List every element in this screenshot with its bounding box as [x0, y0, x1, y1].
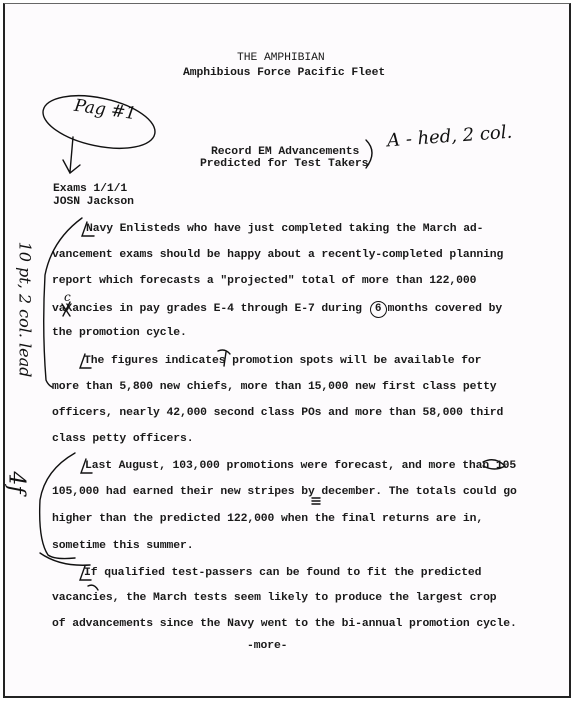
circled-number-6: 6	[370, 301, 387, 318]
body-p3-line-3: higher than the predicted 122,000 when t…	[52, 513, 483, 525]
body-p1-line-3: report which forecasts a "projected" tot…	[52, 275, 476, 287]
masthead-title: THE AMPHIBIAN	[237, 52, 325, 64]
headline-line-2: Predicted for Test Takers	[200, 158, 368, 170]
slug-line-2: JOSN Jackson	[53, 196, 134, 208]
body-p2-line-2: more than 5,800 new chiefs, more than 15…	[52, 381, 497, 393]
headline-line-1: Record EM Advancements	[211, 146, 359, 158]
body-p4-line-1: If qualified test-passers can be found t…	[84, 567, 481, 579]
body-p1-line-4-a: vaXancies in pay grades E-4 through E-7 …	[52, 303, 369, 315]
body-p1-line-4: vaXancies in pay grades E-4 through E-7 …	[52, 301, 502, 318]
body-p1-line-5: the promotion cycle.	[52, 327, 187, 339]
body-p3-line-2: 105,000 had earned their new stripes by …	[52, 486, 517, 498]
body-p1-line-2: vancement exams should be happy about a …	[52, 249, 503, 261]
body-p3-line-1: Last August, 103,000 promotions were for…	[85, 460, 516, 472]
masthead-subtitle: Amphibious Force Pacific Fleet	[183, 67, 385, 79]
body-p2-line-3: officers, nearly 42,000 second class POs…	[52, 407, 503, 419]
handwritten-margin-note-4f: 4f	[4, 471, 29, 493]
body-p3-line-4: sometime this summer.	[52, 540, 193, 552]
body-p1-line-4-b: months covered by	[388, 303, 503, 315]
handwritten-margin-note-typeset: 10 pt, 2 col. lead	[16, 235, 35, 385]
body-p1-line-1: Navy Enlisteds who have just completed t…	[86, 223, 483, 235]
body-p2-line-4: class petty officers.	[52, 433, 193, 445]
slug-line-1: Exams 1/1/1	[53, 183, 127, 195]
more-marker: -more-	[247, 640, 287, 652]
body-p4-line-2: vacancies, the March tests seem likely t…	[52, 592, 497, 604]
body-p2-line-1: The figures indicates promotion spots wi…	[84, 355, 481, 367]
handwritten-insert-c: c	[64, 290, 71, 304]
body-p4-line-3: of advancements since the Navy went to t…	[52, 618, 517, 630]
